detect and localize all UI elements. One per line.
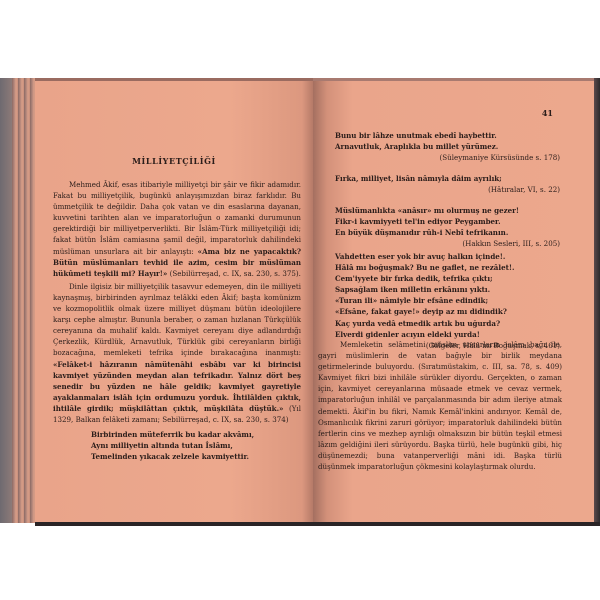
verse-line: Cem'iyyete bir fırka dedik, tefrika çıkt… xyxy=(335,273,560,284)
verse-line: Vahdetten eser yok bir avuç halkın içind… xyxy=(335,251,560,262)
verse-line: Hâlâ mı boğuşmak? Bu ne gaflet, ne rezâl… xyxy=(335,262,560,273)
verse-line: En büyük düşmanıdır rûh-i Nebî tefrikanı… xyxy=(335,227,560,238)
stanza: Vahdetten eser yok bir avuç halkın içind… xyxy=(335,251,560,352)
right-page: 41 Bunu bir lâhze unutmak ebedî haybetti… xyxy=(313,78,595,523)
verse-line: Sapsağlam iken milletin erkânını yıktı. xyxy=(335,284,560,295)
book-bottom-shadow xyxy=(35,522,600,526)
citation: (Hakkın Sesleri, III, s. 205) xyxy=(335,238,560,250)
verse-line: Fikr-i kavmiyyeti tel'in ediyor Peygambe… xyxy=(335,216,560,227)
verse-line: Fırka, milliyet, lisân nâmıyla dâim ayrı… xyxy=(335,173,560,184)
verse-line: «Efsâne, fakat gaye!» deyip az mı didind… xyxy=(335,306,560,317)
book-edge-shadow xyxy=(594,78,600,523)
verse-line: Aynı milliyetin altında tutan İslâmı, xyxy=(91,440,301,451)
page-edges xyxy=(0,78,40,523)
verse-line: Temelinden yıkacak zelzele kavmiyettir. xyxy=(91,451,301,462)
left-page: MİLLİYETÇİLİĞİ Mehmed Âkif, esas itibari… xyxy=(35,78,313,523)
verse-line: Müslümanlıkta «anâsır» mı olurmuş ne gez… xyxy=(335,205,560,216)
citation: (Süleymaniye Kürsüsünde s. 178) xyxy=(335,152,560,164)
verse-line: Arnavutluk, Araplıkla bu millet yürümez. xyxy=(335,141,560,152)
open-book: MİLLİYETÇİLİĞİ Mehmed Âkif, esas itibari… xyxy=(0,75,600,525)
verse-block: Birbirinden müteferrik bu kadar akvâmı, … xyxy=(53,429,301,462)
verse-line: «Turan ili» nâmiyle bir efsâne edindik; xyxy=(335,295,560,306)
page-number: 41 xyxy=(542,108,553,118)
verse-line: Birbirinden müteferrik bu kadar akvâmı, xyxy=(91,429,301,440)
stanza: Müslümanlıkta «anâsır» mı olurmuş ne gez… xyxy=(335,205,560,250)
stanza: Fırka, milliyet, lisân nâmıyla dâim ayrı… xyxy=(335,173,560,196)
chapter-title: MİLLİYETÇİLİĞİ xyxy=(35,156,313,166)
paragraph: Memleketin selâmetini müslim unsurların … xyxy=(318,339,562,472)
stanza: Bunu bir lâhze unutmak ebedî haybettir. … xyxy=(335,130,560,164)
bold-quote: «Felâket-i hâzıranın nâmütenâhi esbâbı v… xyxy=(53,360,301,413)
paragraph: Mehmed Âkif, esas itibariyle milliyetçi … xyxy=(53,179,301,279)
citation: (Hâtıralar, VI, s. 22) xyxy=(335,184,560,196)
citation: (Sebilürreşad, c. IX, sa. 230, s. 375). xyxy=(167,269,301,278)
verse-line: Kaç yurda vedâ etmedik artık bu uğurda? xyxy=(335,318,560,329)
paragraph: Dinle ilgisiz bir milliyetçilik tasavvur… xyxy=(53,281,301,425)
verse-line: Bunu bir lâhze unutmak ebedî haybettir. xyxy=(335,130,560,141)
left-page-body: Mehmed Âkif, esas itibariyle milliyetçi … xyxy=(53,179,301,462)
